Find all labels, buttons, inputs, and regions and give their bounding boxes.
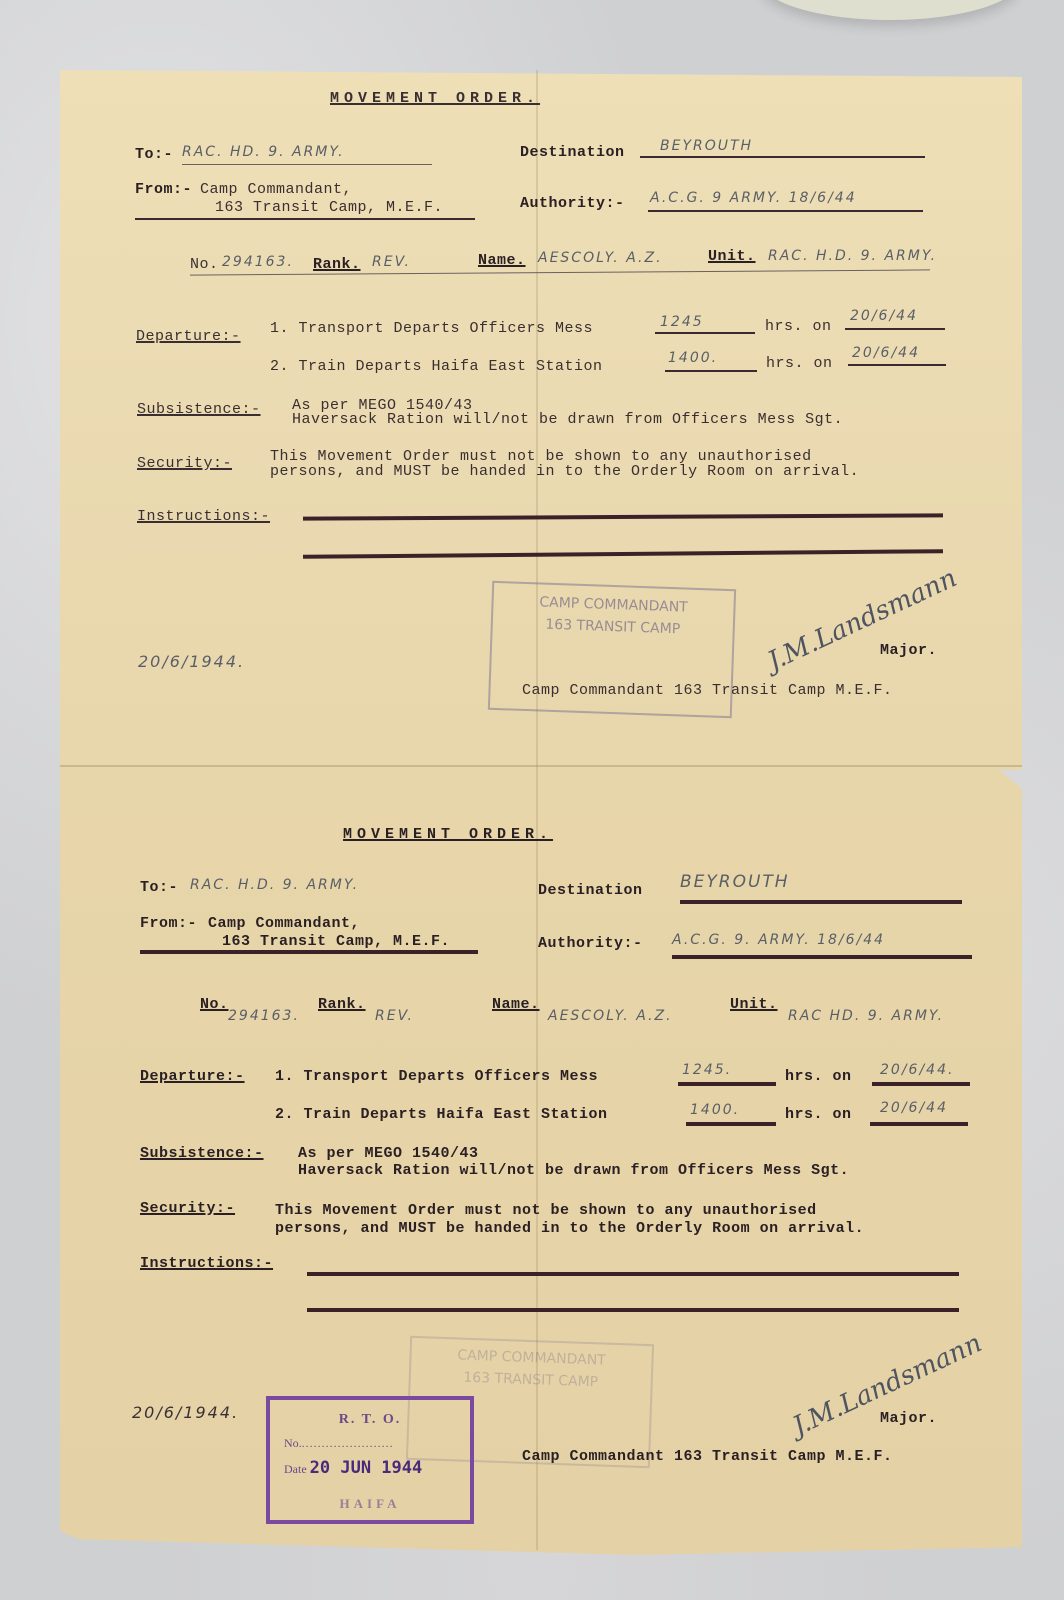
to-label: To:-: [140, 879, 178, 896]
destination-label: Destination: [538, 882, 643, 899]
from-line2: 163 Transit Camp, M.E.F.: [222, 933, 450, 950]
no-value: 294163.: [222, 254, 294, 270]
departure-2-time: 1400.: [690, 1102, 740, 1118]
to-value: RAC. H.D. 9. ARMY.: [190, 877, 359, 893]
unit-value: RAC. H.D. 9. ARMY.: [768, 248, 937, 264]
rank-label: Rank.: [313, 256, 361, 273]
stamp-line2: 163 TRANSIT CAMP: [411, 1368, 651, 1392]
departure-1-hrs-on: hrs. on: [765, 318, 832, 335]
rank-value: REV.: [372, 254, 411, 270]
rank-label: Rank.: [318, 996, 366, 1013]
instructions-line-1: [307, 1272, 959, 1276]
signature-title: Camp Commandant 163 Transit Camp M.E.F.: [522, 1448, 893, 1465]
from-line1: Camp Commandant,: [200, 181, 352, 198]
subsistence-label: Subsistence:-: [137, 401, 261, 418]
name-value: AESCOLY. A.Z.: [548, 1008, 673, 1024]
rto-title: R. T. O.: [270, 1412, 470, 1428]
authority-value: A.C.G. 9. ARMY. 18/6/44: [672, 932, 885, 948]
destination-value: BEYROUTH: [660, 138, 753, 154]
plate-edge: [760, 0, 1020, 20]
destination-label: Destination: [520, 144, 625, 161]
destination-underline: [640, 156, 925, 158]
stamp-line1: CAMP COMMANDANT: [411, 1346, 651, 1370]
security-line2: persons, and MUST be handed in to the Or…: [270, 463, 859, 480]
departure-1-time: 1245.: [682, 1062, 732, 1078]
departure-2-hrs-on: hrs. on: [785, 1106, 852, 1123]
departure-1-date-line: [872, 1082, 970, 1086]
no-label: No.: [190, 256, 219, 273]
security-label: Security:-: [137, 455, 232, 472]
horizontal-fold-crease: [60, 765, 1022, 767]
security-label: Security:-: [140, 1200, 235, 1217]
instructions-label: Instructions:-: [140, 1255, 273, 1272]
subsistence-label: Subsistence:-: [140, 1145, 264, 1162]
subsistence-line2: Haversack Ration will/not be drawn from …: [292, 411, 843, 428]
document-title: MOVEMENT ORDER.: [343, 826, 553, 843]
from-underline: [140, 950, 478, 954]
departure-1-date: 20/6/44.: [880, 1062, 954, 1078]
destination-underline: [680, 900, 962, 904]
from-line2: 163 Transit Camp, M.E.F.: [215, 199, 443, 216]
from-line1: Camp Commandant,: [208, 915, 360, 932]
authority-label: Authority:-: [520, 195, 625, 212]
rto-date-row: Date 20 JUN 1944: [284, 1458, 422, 1478]
to-value: RAC. HD. 9. ARMY.: [182, 144, 345, 160]
departure-1-text: 1. Transport Departs Officers Mess: [275, 1068, 598, 1085]
departure-1-hrs-on: hrs. on: [785, 1068, 852, 1085]
from-label: From:-: [140, 915, 197, 932]
signature-title: Camp Commandant 163 Transit Camp M.E.F.: [522, 682, 893, 699]
rto-date-value: 20 JUN 1944: [310, 1458, 423, 1478]
authority-underline: [672, 955, 972, 959]
departure-2-date-line: [848, 364, 946, 366]
security-line2: persons, and MUST be handed in to the Or…: [275, 1220, 864, 1237]
departure-2-time-line: [686, 1122, 776, 1126]
issue-date: 20/6/1944.: [132, 1403, 239, 1422]
stamp-line1: CAMP COMMANDANT: [493, 593, 733, 617]
departure-1-time-line: [678, 1082, 776, 1086]
instructions-line-2: [307, 1308, 959, 1312]
subsistence-line1: As per MEGO 1540/43: [298, 1145, 479, 1162]
rto-date-label: Date: [284, 1462, 307, 1476]
destination-value: BEYROUTH: [680, 872, 790, 892]
subsistence-line2: Haversack Ration will/not be drawn from …: [298, 1162, 849, 1179]
departure-2-date-line: [870, 1122, 968, 1126]
no-label: No.: [200, 996, 229, 1013]
departure-2-text: 2. Train Departs Haifa East Station: [275, 1106, 608, 1123]
departure-2-hrs-on: hrs. on: [766, 355, 833, 372]
authority-value: A.C.G. 9 ARMY. 18/6/44: [650, 190, 857, 206]
rto-stamp: R. T. O. No........................ Date…: [266, 1396, 474, 1524]
stamp-line2: 163 TRANSIT CAMP: [493, 615, 733, 639]
departure-label: Departure:-: [136, 328, 241, 345]
departure-1-time: 1245: [660, 314, 704, 330]
signature-rank: Major.: [880, 1410, 937, 1427]
departure-2-time-line: [665, 370, 757, 372]
departure-1-time-line: [655, 332, 755, 334]
to-underline: [182, 164, 432, 165]
departure-2-text: 2. Train Departs Haifa East Station: [270, 358, 603, 375]
departure-1-date-line: [845, 328, 945, 330]
departure-1-text: 1. Transport Departs Officers Mess: [270, 320, 593, 337]
name-value: AESCOLY. A.Z.: [538, 250, 663, 266]
unit-label: Unit.: [708, 248, 756, 265]
rto-no-label: No.: [284, 1436, 302, 1450]
issue-date: 20/6/1944.: [138, 652, 245, 671]
document-title: MOVEMENT ORDER.: [330, 90, 540, 107]
name-label: Name.: [478, 252, 526, 269]
signature-rank: Major.: [880, 642, 937, 659]
name-label: Name.: [492, 996, 540, 1013]
departure-label: Departure:-: [140, 1068, 245, 1085]
vertical-fold-crease: [536, 70, 538, 1550]
departure-2-date: 20/6/44: [852, 345, 920, 361]
departure-2-time: 1400.: [668, 350, 718, 366]
rank-value: REV.: [375, 1008, 414, 1024]
unit-value: RAC HD. 9. ARMY.: [788, 1008, 944, 1024]
departure-2-date: 20/6/44: [880, 1100, 948, 1116]
from-underline: [135, 218, 475, 220]
authority-underline: [648, 210, 923, 212]
security-line1: This Movement Order must not be shown to…: [275, 1202, 817, 1219]
rto-no-row: No........................: [284, 1436, 394, 1451]
instructions-label: Instructions:-: [137, 508, 270, 525]
from-label: From:-: [135, 181, 192, 198]
unit-label: Unit.: [730, 996, 778, 1013]
authority-label: Authority:-: [538, 935, 643, 952]
no-value: 294163.: [228, 1008, 300, 1024]
rto-place: HAIFA: [270, 1496, 470, 1512]
to-label: To:-: [135, 146, 173, 163]
departure-1-date: 20/6/44: [850, 308, 918, 324]
